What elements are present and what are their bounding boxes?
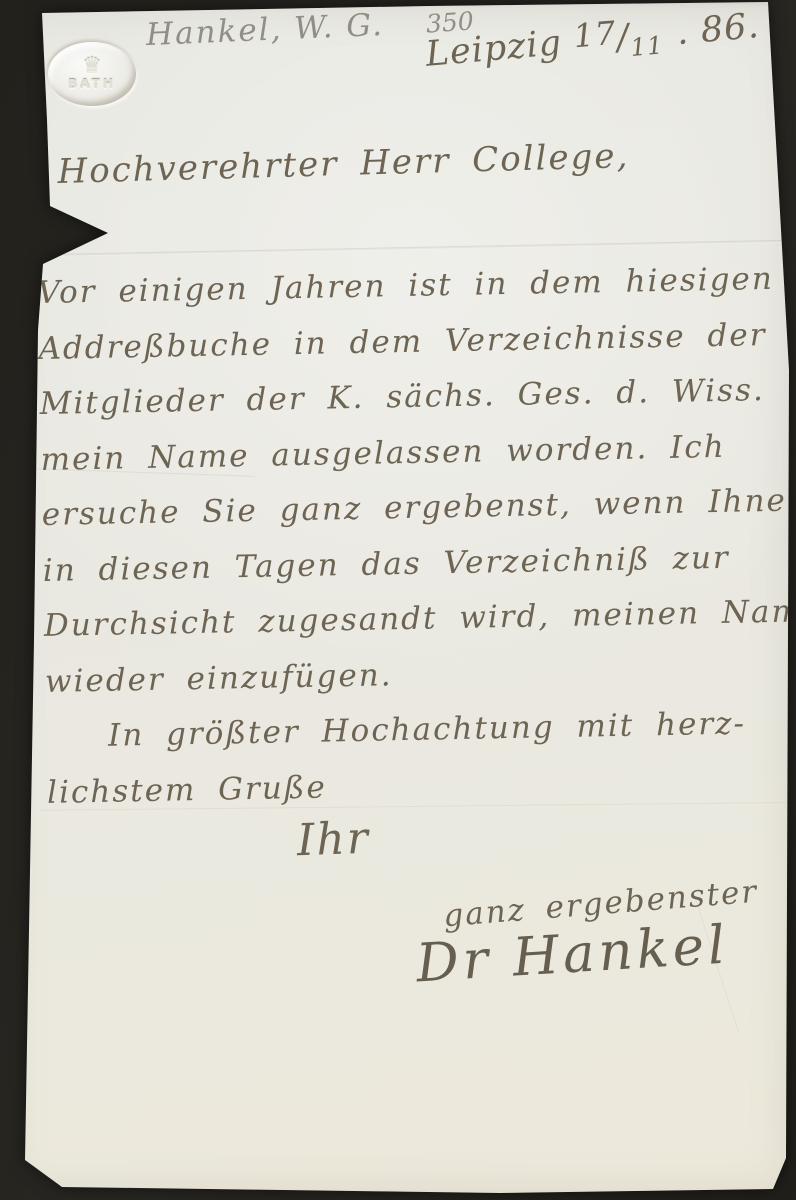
salutation: Hochverehrter Herr College, <box>57 136 630 192</box>
dateline-year: . 86. <box>675 6 761 53</box>
pencil-owner-annotation: Hankel, W. G. <box>145 7 384 53</box>
dateline-place: Leipzig <box>424 23 564 75</box>
paper-wrapper: ♛ BATH Hankel, W. G. 350 Leipzig 17/11 .… <box>0 0 796 1200</box>
dateline-date-fraction: 17/11 <box>572 13 676 62</box>
valediction-line-1: Ihr <box>296 813 371 867</box>
embossed-seal: ♛ BATH <box>48 42 136 106</box>
seal-text: BATH <box>68 77 116 91</box>
dateline-day: 17 <box>572 13 618 55</box>
letter-paper: ♛ BATH Hankel, W. G. 350 Leipzig 17/11 .… <box>0 0 796 1200</box>
scan-background: ♛ BATH Hankel, W. G. 350 Leipzig 17/11 .… <box>0 0 796 1200</box>
letter-body: Vor einigen Jahren ist in dem hiesigen A… <box>37 252 793 821</box>
dateline: Leipzig 17/11 . 86. <box>424 1 762 80</box>
crown-icon: ♛ <box>82 57 102 77</box>
dateline-month: 11 <box>629 30 665 62</box>
